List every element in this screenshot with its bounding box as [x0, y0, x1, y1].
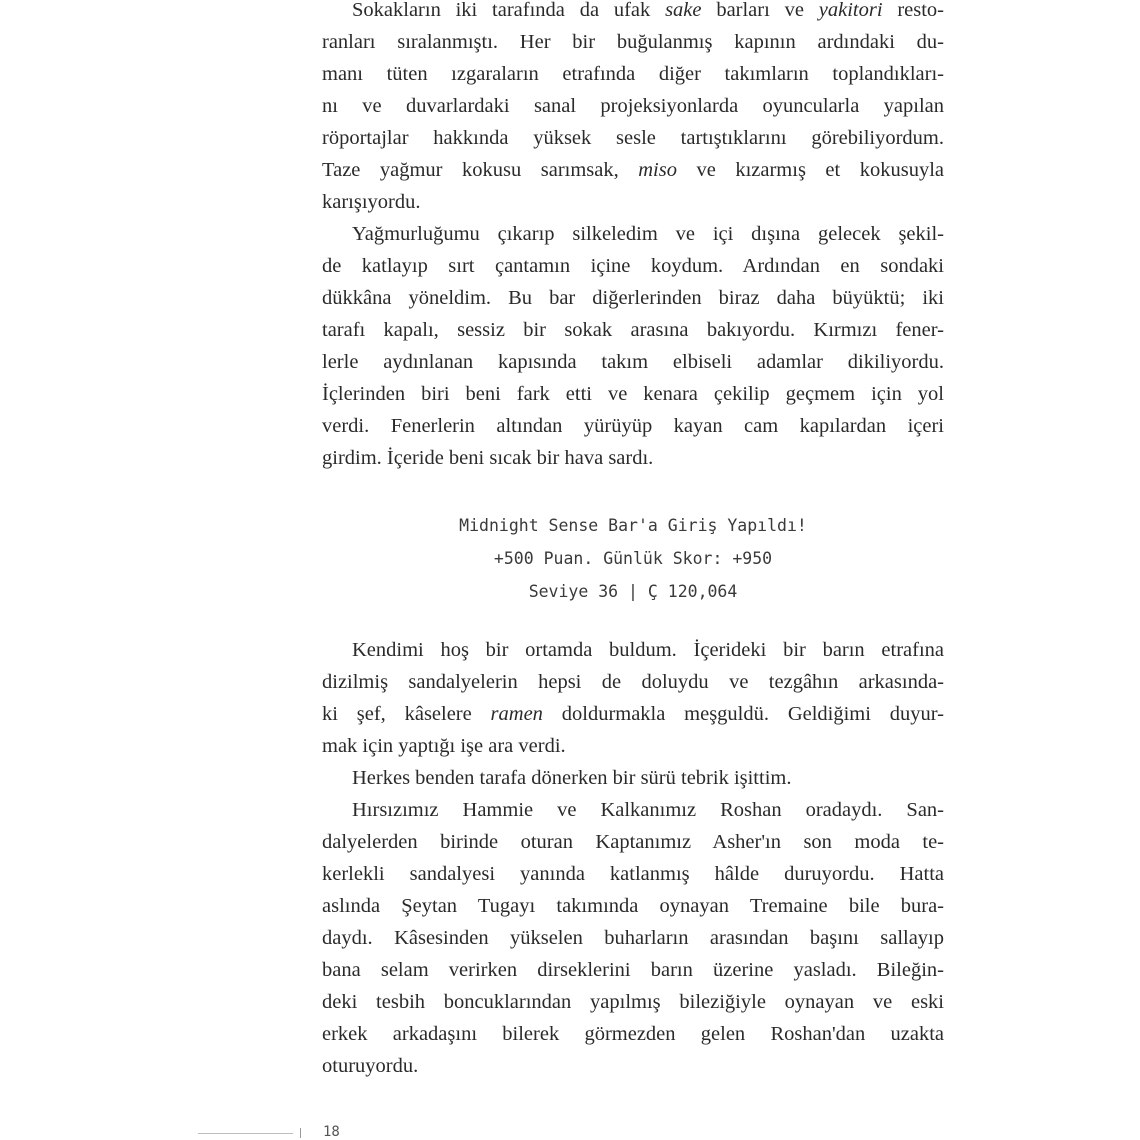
footer-rule [198, 1133, 293, 1134]
text-line: kerlekli sandalyesi yanında katlanmış hâ… [322, 858, 944, 890]
text-line: tarafı kapalı, sessiz bir sokak arasına … [322, 314, 944, 346]
text-line: deki tesbih boncuklarından yapılmış bile… [322, 986, 944, 1018]
text-line: girdim. İçeride beni sıcak bir hava sard… [322, 442, 944, 474]
text-line: karışıyordu. [322, 186, 944, 218]
text-line: lerle aydınlanan kapısında takım elbisel… [322, 346, 944, 378]
page-number: 18 [323, 1124, 340, 1140]
system-message-score: +500 Puan. Günlük Skor: +950 [322, 542, 944, 575]
paragraph-2: Yağmurluğumu çıkarıp silkeledim ve içi d… [322, 218, 944, 474]
text-line: mak için yaptığı işe ara verdi. [322, 730, 944, 762]
text-line: verdi. Fenerlerin altından yürüyüp kayan… [322, 410, 944, 442]
text-line: Sokakların iki tarafında da ufak sake ba… [322, 0, 944, 26]
text-line: dizilmiş sandalyelerin hepsi de doluydu … [322, 666, 944, 698]
text-line: aslında Şeytan Tugayı takımında oynayan … [322, 890, 944, 922]
text-line: Taze yağmur kokusu sarımsak, miso ve kız… [322, 154, 944, 186]
paragraph-5: Hırsızımız Hammie ve Kalkanımız Roshan o… [322, 794, 944, 1082]
paragraph-3: Kendimi hoş bir ortamda buldum. İçeridek… [322, 634, 944, 762]
game-system-message: Midnight Sense Bar'a Giriş Yapıldı! +500… [322, 509, 944, 608]
text-line: erkek arkadaşını bilerek görmezden gelen… [322, 1018, 944, 1050]
text-line: de katlayıp sırt çantamın içine koydum. … [322, 250, 944, 282]
text-line: ranları sıralanmıştı. Her bir buğulanmış… [322, 26, 944, 58]
text-line: Kendimi hoş bir ortamda buldum. İçeridek… [322, 634, 944, 666]
book-page: Sokakların iki tarafında da ufak sake ba… [0, 0, 1140, 1140]
text-line: Hırsızımız Hammie ve Kalkanımız Roshan o… [322, 794, 944, 826]
text-line: Herkes benden tarafa dönerken bir sürü t… [322, 762, 944, 794]
text-line: ki şef, kâselere ramen doldurmakla meşgu… [322, 698, 944, 730]
text-line: oturuyordu. [322, 1050, 944, 1082]
system-message-level: Seviye 36 | Ç 120,064 [322, 575, 944, 608]
paragraph-1: Sokakların iki tarafında da ufak sake ba… [322, 0, 944, 218]
text-line: nı ve duvarlardaki sanal projeksiyonlard… [322, 90, 944, 122]
system-message-title: Midnight Sense Bar'a Giriş Yapıldı! [322, 509, 944, 542]
text-line: dükkâna yöneldim. Bu bar diğerlerinden b… [322, 282, 944, 314]
text-line: Yağmurluğumu çıkarıp silkeledim ve içi d… [322, 218, 944, 250]
text-line: dalyelerden birinde oturan Kaptanımız As… [322, 826, 944, 858]
text-line: manı tüten ızgaraların etrafında diğer t… [322, 58, 944, 90]
text-line: bana selam verirken dirseklerini barın ü… [322, 954, 944, 986]
text-line: daydı. Kâsesinden yükselen buharların ar… [322, 922, 944, 954]
text-line: İçlerinden biri beni fark etti ve kenara… [322, 378, 944, 410]
text-line: röportajlar hakkında yüksek sesle tartış… [322, 122, 944, 154]
paragraph-4: Herkes benden tarafa dönerken bir sürü t… [322, 762, 944, 794]
footer-divider [300, 1128, 301, 1138]
